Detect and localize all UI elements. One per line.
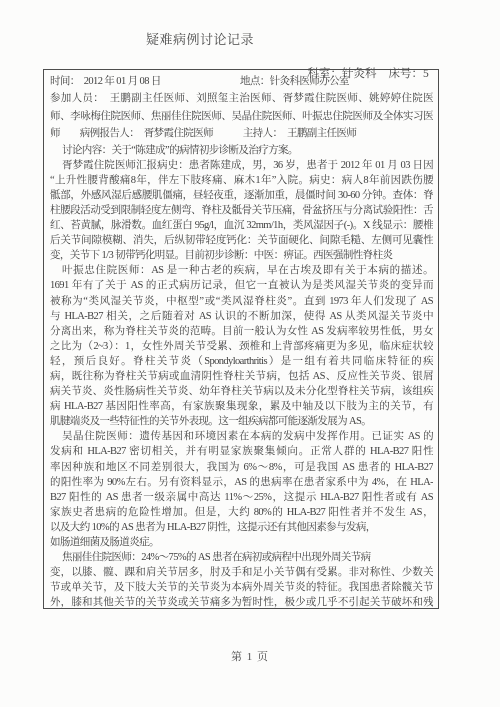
record-line: 讨论内容：关于“陈建成”的病情初步诊断及治疗方案。 xyxy=(50,143,433,158)
record-line: 肌腱端炎及一些特征性的关节外表现。这一组疾病都可能逐渐发展为 AS。 xyxy=(50,414,433,429)
record-line: 发病和 HLA-B27 密切相关，并有明显家族聚集倾向。正常人群的 HLA-B2… xyxy=(50,444,433,459)
record-line: 1691 年有了关于 AS 的正式病历记录，但它一直被认为是类风湿关节炎的变异而 xyxy=(50,278,433,293)
record-line: 病关节炎、炎性肠病性关节炎、幼年脊柱关节病以及未分化型脊柱关节病，该组疾 xyxy=(50,384,433,399)
record-line: 外，膝和其他关节的关节炎或关节痛多为暂时性，极少或几乎不引起关节破坏和残 xyxy=(50,595,433,609)
record-line: 师 病例报告人： 胥梦霞住院医师 主持人： 王鹏副主任医师 xyxy=(50,125,433,142)
record-line: 吴晶住院医师：遗传基因和环境因素在本病的发病中发挥作用。已证实 AS 的 xyxy=(50,429,433,444)
record-line: 胥梦霞住院医师汇报病史：患者陈建成，男，36 岁，患者于 2012 年 01 月… xyxy=(50,158,433,173)
record-line: 与 HLA-B27 相关，之后随着对 AS 认识的不断加深，使得 AS 从类风湿… xyxy=(50,309,433,324)
record-line: 如肠道细菌及肠道炎症。 xyxy=(50,535,433,550)
record-line: “上升性腰背酸痛8年，伴左下肢疼痛、麻木1年”入院。病史：病人8年前因跌伤腰 xyxy=(50,173,433,188)
record-line: 以及大约 10%的 AS 患者为 HLA-B27 阴性，这提示还有其他因素参与发… xyxy=(50,520,433,535)
record-box: 时间： 2012 年 01 月 08 日 地点：针灸科医师办公室参加人员： 王鹏… xyxy=(43,69,439,609)
record-line: 后关节间隙模糊、消失，后纵韧带轻度钙化：关节面硬化、间隙毛糙、左侧可见囊性 xyxy=(50,233,433,248)
record-line: 之比为（2~3）：1，女性外周关节受累、颈椎和上背部疼痛更为多见，临床症状较 xyxy=(50,339,433,354)
record-line: 参加人员： 王鹏副主任医师、刘照玺主治医师、胥梦霞住院医师、姚婷婷住院医 xyxy=(50,90,433,107)
record-line: 率因种族和地区不同差别很大，我国为 6%～8%，可是我国 AS 患者的 HLA-… xyxy=(50,460,433,475)
record-line: 被称为“类风湿关节炎，中枢型”或“类风湿脊柱炎”。直到 1973 年人们发现了 … xyxy=(50,294,433,309)
record-line: 时间： 2012 年 01 月 08 日 地点：针灸科医师办公室 xyxy=(50,73,433,90)
document-title: 疑难病例讨论记录 xyxy=(146,29,254,48)
record-line: 变，关节下 1/3 韧带钙化明显。目前初步诊断：中医：痹证。西医强制性脊柱炎 xyxy=(50,248,433,263)
record-line: 的阳性率为 90%左右。另有资料显示，AS 的患病率在患者家系中为 4%，在 H… xyxy=(50,475,433,490)
record-line: 变，以膝、髋、踝和肩关节居多，肘及手和足小关节偶有受累。非对称性、少数关 xyxy=(50,565,433,580)
record-line: 叶振忠住院医师：AS 是一种古老的疾病，早在古埃及即有关于本病的描述。 xyxy=(50,263,433,278)
scanned-document-page: 疑难病例讨论记录 科室：针灸科床号：5 时间： 2012 年 01 月 08 日… xyxy=(0,0,500,707)
record-line: 家族史者患病的危险性增加。但是，大约 80%的 HLA-B27 阳性者并不发生 … xyxy=(50,505,433,520)
record-line: 节或单关节，及下肢大关节的关节炎为本病外周关节炎的特征。我国患者除髋关节 xyxy=(50,580,433,595)
record-line: 红、苔黄腻，脉滑数。血红蛋白 95g/l，血沉 32mm/1h，类风湿因子(-)… xyxy=(50,218,433,233)
record-line: 师、李咏梅住院医师、焦丽佳住院医师、吴晶住院医师、叶振忠住院医师及全体实习医 xyxy=(50,108,433,125)
record-line: 焦丽佳住院医师：24%～75%的 AS 患者在病初或病程中出现外周关节病 xyxy=(50,550,433,565)
record-line: 病，既往称为脊柱关节病或血清阴性脊柱关节病，包括 AS、反应性关节炎、银屑 xyxy=(50,369,433,384)
record-line: B27 阳性的 AS 患者一级亲属中高达 11%～25%，这提示 HLA-B27… xyxy=(50,490,433,505)
record-line: 分离出来，称为脊柱关节炎的范畴。目前一般认为女性 AS 发病率较男性低，男女 xyxy=(50,324,433,339)
record-line: 轻，预后良好。脊柱关节炎（Spondyloarthritis）是一组有着共同临床… xyxy=(50,354,433,369)
page-number-footer: 第 1 页 xyxy=(0,648,500,664)
record-line: 病 HLA-B27 基因阳性率高，有家族聚集现象，累及中轴及以下肢为主的关节，有 xyxy=(50,399,433,414)
record-line: 骶部，外感风湿后感腰肌僵痛，昼轻夜重，逐渐加重，晨僵时间 30-60 分钟。查体… xyxy=(50,188,433,203)
record-line: 柱腰段活动受到限制轻度左侧弯、脊柱及骶骨关节压痛，骨盆挤压与分离试验阳性：舌 xyxy=(50,203,433,218)
